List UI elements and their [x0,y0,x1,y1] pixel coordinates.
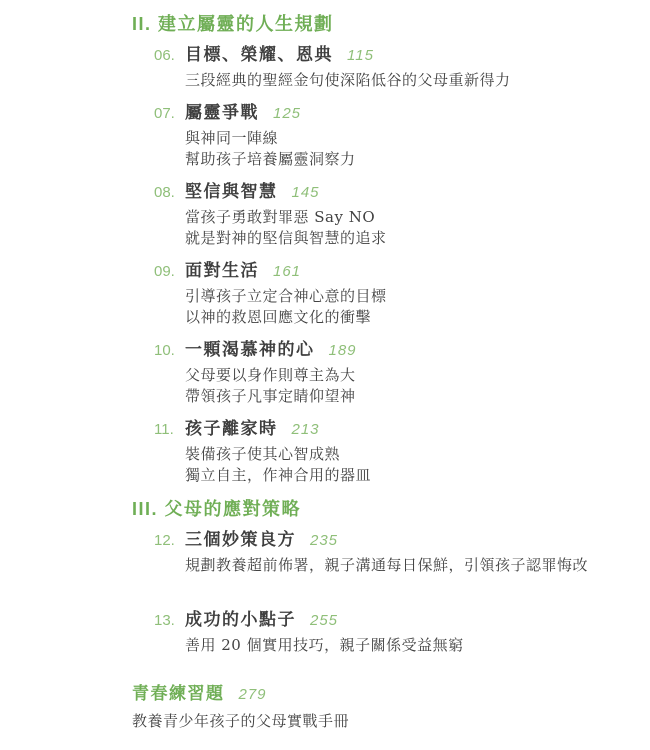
entry-number: 07. [154,102,185,126]
entry-page-number: 115 [347,44,374,68]
entry-number: 09. [154,260,185,284]
section-iii-heading: III. 父母的應對策略 [132,498,610,520]
toc-entry-10: 10. 一顆渴慕神的心 189 父母要以身作則尊主為大 帶領孩子凡事定睛仰望神 [132,338,610,407]
entry-description: 引導孩子立定合神心意的目標 [185,286,610,307]
entry-number: 08. [154,181,185,205]
entry-title: 成功的小點子 [185,608,296,632]
toc-entry-11: 11. 孩子離家時 213 裝備孩子使其心智成熟 獨立自主，作神合用的器皿 [132,417,610,486]
entry-title-line: 13. 成功的小點子 255 [154,608,610,633]
entry-description: 以神的救恩回應文化的衝擊 [185,307,610,328]
toc-page: II. 建立屬靈的人生規劃 06. 目標、榮耀、恩典 115 三段經典的聖經金句… [0,0,650,750]
appendix-page-number: 279 [239,683,267,707]
appendix-title-line: 青春練習題 279 [132,682,610,707]
entry-title-line: 08. 堅信與智慧 145 [154,180,610,205]
entry-title: 面對生活 [185,259,259,283]
entry-page-number: 189 [329,339,357,363]
section-iii: III. 父母的應對策略 12. 三個妙策良方 235 規劃教養超前佈署，親子溝… [132,498,610,656]
toc-entry-12: 12. 三個妙策良方 235 規劃教養超前佈署，親子溝通每日保鮮，引領孩子認罪悔… [132,528,610,576]
entry-page-number: 161 [273,260,301,284]
entry-title-line: 11. 孩子離家時 213 [154,417,610,442]
entry-title: 孩子離家時 [185,417,278,441]
entry-number: 10. [154,339,185,363]
entry-title: 三個妙策良方 [185,528,296,552]
toc-entry-07: 07. 屬靈爭戰 125 與神同一陣線 幫助孩子培養屬靈洞察力 [132,101,610,170]
entry-number: 12. [154,529,185,553]
entry-number: 11. [154,418,185,442]
appendix-block: 青春練習題 279 教養青少年孩子的父母實戰手冊 [132,682,610,733]
entry-title-line: 09. 面對生活 161 [154,259,610,284]
entry-description: 獨立自主，作神合用的器皿 [185,465,610,486]
entry-title: 屬靈爭戰 [185,101,259,125]
entry-description: 善用 20 個實用技巧，親子關係受益無窮 [185,635,610,656]
entry-title: 堅信與智慧 [185,180,278,204]
entry-description: 裝備孩子使其心智成熟 [185,444,610,465]
entry-title: 目標、榮耀、恩典 [185,43,333,67]
entry-description: 當孩子勇敢對罪惡 Say NO [185,207,610,228]
entry-description: 父母要以身作則尊主為大 [185,365,610,386]
toc-entry-09: 09. 面對生活 161 引導孩子立定合神心意的目標 以神的救恩回應文化的衝擊 [132,259,610,328]
toc-entry-06: 06. 目標、榮耀、恩典 115 三段經典的聖經金句使深陷低谷的父母重新得力 [132,43,610,91]
entry-title-line: 10. 一顆渴慕神的心 189 [154,338,610,363]
entry-page-number: 213 [292,418,320,442]
entry-description: 與神同一陣線 [185,128,610,149]
entry-number: 06. [154,44,185,68]
entry-page-number: 145 [292,181,320,205]
entry-title-line: 07. 屬靈爭戰 125 [154,101,610,126]
entry-title-line: 12. 三個妙策良方 235 [154,528,610,553]
appendix-title: 青春練習題 [132,682,225,706]
entry-page-number: 125 [273,102,301,126]
section-ii: II. 建立屬靈的人生規劃 06. 目標、榮耀、恩典 115 三段經典的聖經金句… [132,13,610,486]
toc-entry-13: 13. 成功的小點子 255 善用 20 個實用技巧，親子關係受益無窮 [132,608,610,656]
entry-description: 帶領孩子凡事定睛仰望神 [185,386,610,407]
entry-title-line: 06. 目標、榮耀、恩典 115 [154,43,610,68]
entry-number: 13. [154,609,185,633]
toc-entry-08: 08. 堅信與智慧 145 當孩子勇敢對罪惡 Say NO 就是對神的堅信與智慧… [132,180,610,249]
entry-page-number: 255 [310,609,338,633]
entry-title: 一顆渴慕神的心 [185,338,315,362]
entry-page-number: 235 [310,529,338,553]
entry-description: 幫助孩子培養屬靈洞察力 [185,149,610,170]
appendix-description: 教養青少年孩子的父母實戰手冊 [132,709,610,733]
entry-description: 三段經典的聖經金句使深陷低谷的父母重新得力 [185,70,610,91]
entry-description: 就是對神的堅信與智慧的追求 [185,228,610,249]
section-ii-heading: II. 建立屬靈的人生規劃 [132,13,610,35]
entry-description: 規劃教養超前佈署，親子溝通每日保鮮，引領孩子認罪悔改 [185,555,610,576]
